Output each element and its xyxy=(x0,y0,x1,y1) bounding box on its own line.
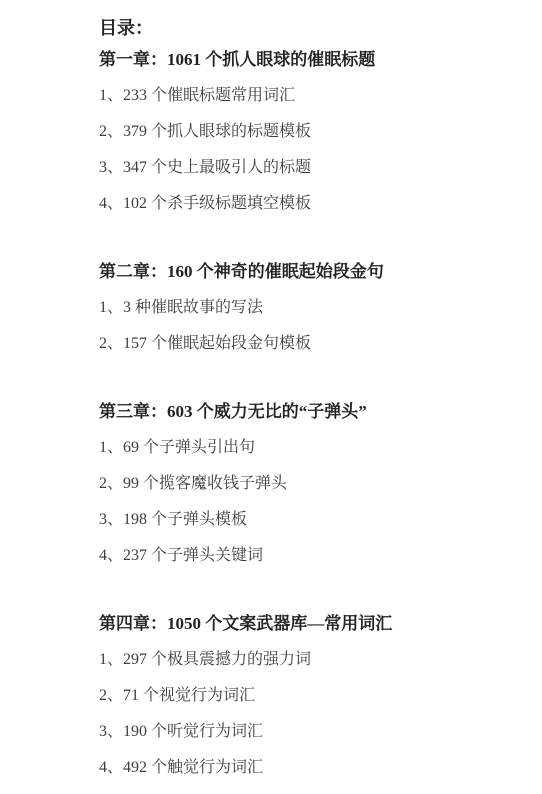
chapter-2-heading: 第二章：160 个神奇的催眠起始段金句 xyxy=(99,260,529,284)
chapter-4: 第四章：1050 个文案武器库—常用词汇 1、297 个极具震撼力的强力词 2、… xyxy=(99,612,529,780)
chapter-3-item: 3、198 个子弹头模板 xyxy=(99,508,529,532)
chapter-4-item: 2、71 个视觉行为词汇 xyxy=(99,684,529,708)
chapter-1: 第一章：1061 个抓人眼球的催眠标题 1、233 个催眠标题常用词汇 2、37… xyxy=(99,48,529,216)
chapter-3-heading: 第三章：603 个威力无比的“子弹头” xyxy=(99,400,529,424)
chapter-1-item: 4、102 个杀手级标题填空模板 xyxy=(99,192,529,216)
chapter-1-item: 3、347 个史上最吸引人的标题 xyxy=(99,156,529,180)
chapter-2-item: 1、3 种催眠故事的写法 xyxy=(99,296,529,320)
chapter-1-heading: 第一章：1061 个抓人眼球的催眠标题 xyxy=(99,48,529,72)
chapter-2: 第二章：160 个神奇的催眠起始段金句 1、3 种催眠故事的写法 2、157 个… xyxy=(99,260,529,356)
chapter-4-item: 1、297 个极具震撼力的强力词 xyxy=(99,648,529,672)
chapter-3-item: 2、99 个揽客魔收钱子弹头 xyxy=(99,472,529,496)
chapter-3: 第三章：603 个威力无比的“子弹头” 1、69 个子弹头引出句 2、99 个揽… xyxy=(99,400,529,568)
chapter-2-item: 2、157 个催眠起始段金句模板 xyxy=(99,332,529,356)
chapter-3-item: 1、69 个子弹头引出句 xyxy=(99,436,529,460)
chapter-3-item: 4、237 个子弹头关键词 xyxy=(99,544,529,568)
table-of-contents: 目录： 第一章：1061 个抓人眼球的催眠标题 1、233 个催眠标题常用词汇 … xyxy=(99,16,529,780)
chapter-1-item: 2、379 个抓人眼球的标题模板 xyxy=(99,120,529,144)
chapter-4-heading: 第四章：1050 个文案武器库—常用词汇 xyxy=(99,612,529,636)
chapter-4-item: 4、492 个触觉行为词汇 xyxy=(99,756,529,780)
chapter-4-item: 3、190 个听觉行为词汇 xyxy=(99,720,529,744)
document-page: 目录： 第一章：1061 个抓人眼球的催眠标题 1、233 个催眠标题常用词汇 … xyxy=(0,0,542,794)
chapter-1-item: 1、233 个催眠标题常用词汇 xyxy=(99,84,529,108)
toc-title: 目录： xyxy=(99,16,529,40)
